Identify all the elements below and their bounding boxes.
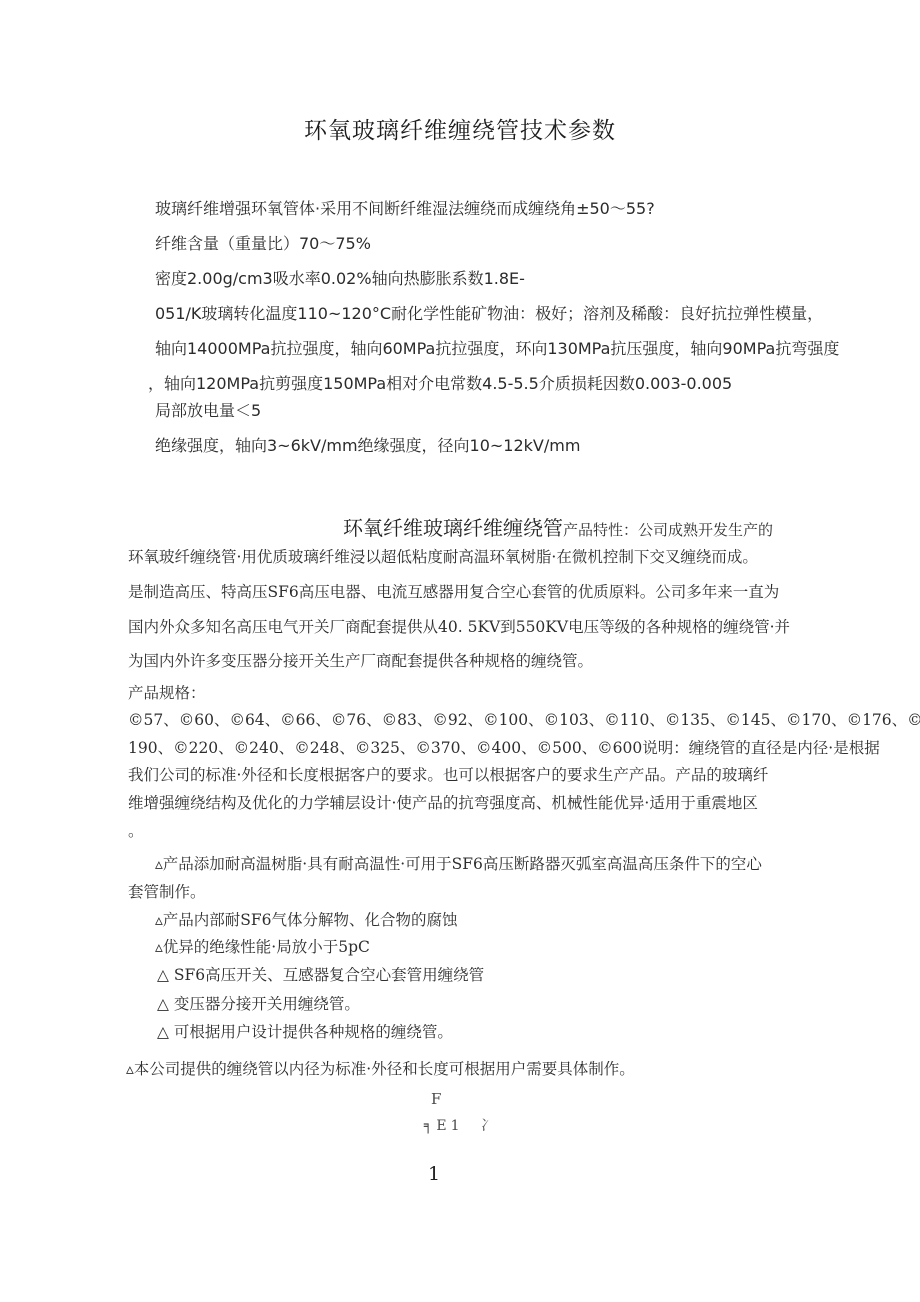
- paragraph-line-4: 为国内外许多变压器分接开关生产厂商配套提供各种规格的缠绕管。: [128, 652, 593, 671]
- intro-line-7: 局部放电量＜5: [155, 401, 261, 421]
- intro-line-5: 轴向14000MPa抗拉强度，轴向60MPa抗拉强度，环向130MPa抗压强度，…: [155, 339, 839, 359]
- document-title: 环氧玻璃纤维缠绕管技术参数: [0, 112, 920, 145]
- document-page: 环氧玻璃纤维缠绕管技术参数 玻璃纤维增强环氧管体·采用不间断纤维湿法缠绕而成缠绕…: [0, 0, 920, 1302]
- spec-line-1: ©57、©60、©64、©66、©76、©83、©92、©100、©103、©1…: [128, 711, 920, 730]
- spec-line-2: 190、©220、©240、©248、©325、©370、©400、©500、©…: [128, 739, 880, 758]
- feature-line-1: ▵产品添加耐高温树脂·具有耐高温性·可用于SF6高压断路器灭弧室高温高压条件下的…: [155, 855, 762, 874]
- intro-line-3: 密度2.00g/cm3吸水率0.02%轴向热膨胀系数1.8E-: [155, 269, 525, 289]
- spec-line-5: 。: [128, 822, 144, 841]
- feature-line-2: 套管制作。: [128, 883, 206, 902]
- intro-line-1: 玻璃纤维增强环氧管体·采用不间断纤维湿法缠绕而成缠绕角±50～55?: [155, 199, 655, 219]
- intro-line-2: 纤维含量（重量比）70～75%: [155, 234, 371, 254]
- section-heading-lead: 产品特性：公司成熟开发生产的: [563, 521, 773, 539]
- glyph-artifact-1: F: [431, 1090, 441, 1109]
- intro-line-8: 绝缘强度，轴向3~6kV/mm绝缘强度，径向10~12kV/mm: [155, 436, 580, 456]
- bullet-line-3: △ 可根据用户设计提供各种规格的缠绕管。: [157, 1023, 453, 1042]
- section-heading: 环氧纤维玻璃纤维缠绕管产品特性：公司成熟开发生产的: [343, 512, 773, 541]
- feature-line-3: ▵产品内部耐SF6气体分解物、化合物的腐蚀: [155, 911, 458, 930]
- spec-line-3: 我们公司的标准·外径和长度根据客户的要求。也可以根据客户的要求生产产品。产品的玻…: [128, 766, 768, 785]
- feature-line-4: ▵优异的绝缘性能·局放小于5pC: [155, 938, 370, 957]
- paragraph-line-1: 环氧玻纤缠绕管·用优质玻璃纤维浸以超低粘度耐高温环氧树脂·在微机控制下交叉缠绕而…: [128, 548, 758, 567]
- spec-line-4: 维增强缠绕结构及优化的力学辅层设计·使产品的抗弯强度高、机械性能优异·适用于重震…: [128, 794, 758, 813]
- section-heading-product-name: 环氧纤维玻璃纤维缠绕管: [343, 516, 563, 540]
- intro-line-4: 051/K玻璃转化温度110~120°C耐化学性能矿物油：极好；溶剂及稀酸：良好…: [155, 304, 823, 324]
- page-number: 1: [428, 1163, 440, 1187]
- closing-note: ▵本公司提供的缠绕管以内径为标准·外径和长度可根据用户需要具体制作。: [126, 1060, 635, 1079]
- paragraph-line-3: 国内外众多知名高压电气开关厂商配套提供从40. 5KV到550KV电压等级的各种…: [128, 618, 790, 637]
- glyph-artifact-2: ╕E1 冫: [424, 1118, 498, 1136]
- spec-label: 产品规格：: [128, 684, 206, 703]
- intro-line-6: ，轴向120MPa抗剪强度150MPa相对介电常数4.5-5.5介质损耗因数0.…: [148, 374, 732, 394]
- bullet-line-1: △ SF6高压开关、互感器复合空心套管用缠绕管: [157, 966, 484, 985]
- bullet-line-2: △ 变压器分接开关用缠绕管。: [157, 995, 360, 1014]
- paragraph-line-2: 是制造高压、特高压SF6高压电器、电流互感器用复合空心套管的优质原料。公司多年来…: [128, 583, 779, 602]
